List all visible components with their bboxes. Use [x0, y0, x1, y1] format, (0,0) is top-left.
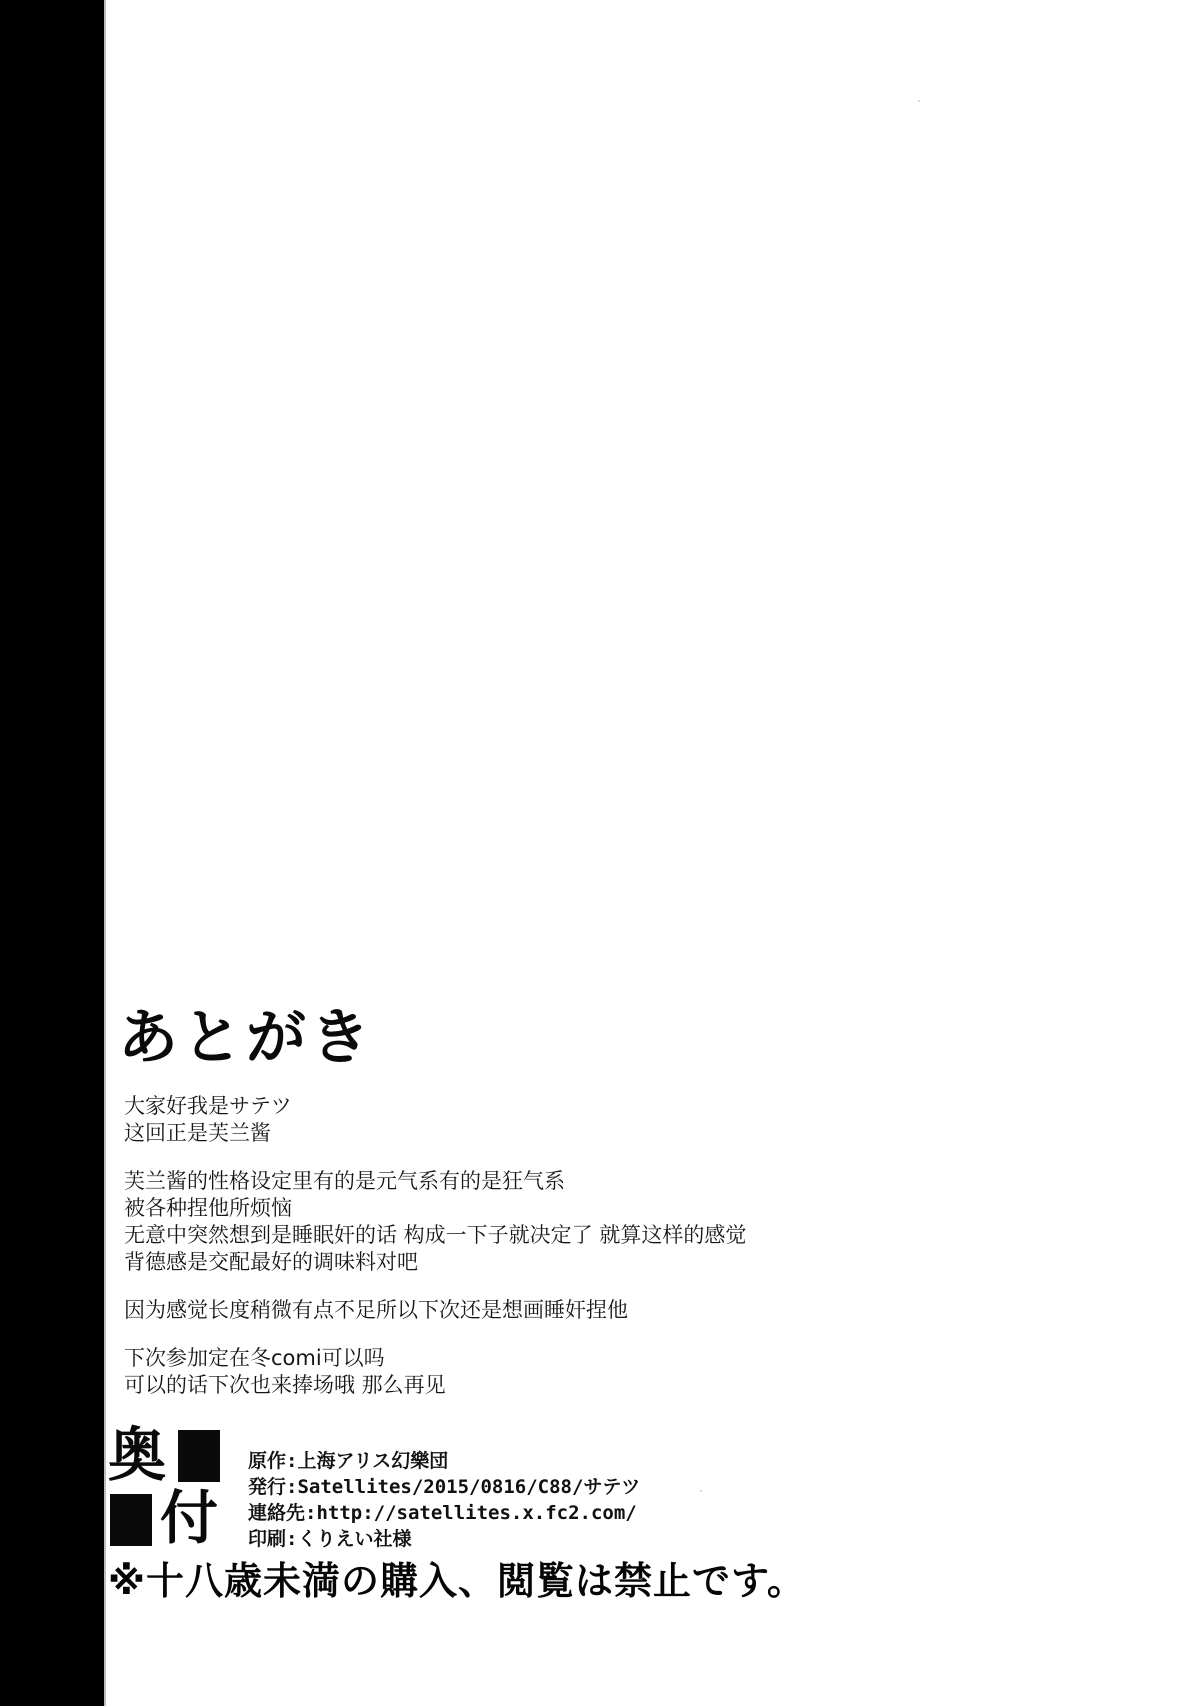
scan-speck — [918, 100, 920, 102]
colophon-original-work: 原作:上海アリス幻樂団 — [248, 1448, 640, 1474]
afterword-body: 大家好我是サテツ 这回正是芙兰酱 芙兰酱的性格设定里有的是元气系有的是狂气系 被… — [124, 1093, 746, 1399]
text-line: 大家好我是サテツ — [124, 1093, 746, 1120]
afterword-heading: あとがき — [118, 1008, 374, 1068]
text-line: 这回正是芙兰酱 — [124, 1120, 746, 1147]
afterword-paragraph-concept: 芙兰酱的性格设定里有的是元气系有的是狂气系 被各种捏他所烦恼 无意中突然想到是睡… — [124, 1168, 746, 1276]
scan-speck — [700, 1490, 702, 1492]
afterword-paragraph-next-plan: 因为感觉长度稍微有点不足所以下次还是想画睡奸捏他 — [124, 1297, 746, 1324]
colophon-title-char-tsuke: 付 — [160, 1489, 218, 1547]
colophon-contact-url: 連絡先:http://satellites.x.fc2.com/ — [248, 1500, 640, 1526]
text-line: 可以的话下次也来捧场哦 那么再见 — [124, 1372, 746, 1399]
text-line: 下次参加定在冬comi可以吗 — [124, 1345, 746, 1372]
black-spine-border — [0, 0, 104, 1706]
afterword-paragraph-farewell: 下次参加定在冬comi可以吗 可以的话下次也来捧场哦 那么再见 — [124, 1345, 746, 1399]
age-restriction-warning: ※十八歳未満の購入、閲覧は禁止です。 — [108, 1561, 806, 1603]
colophon-details: 原作:上海アリス幻樂団 発行:Satellites/2015/0816/C88/… — [248, 1448, 640, 1552]
colophon-printer: 印刷:くりえい社様 — [248, 1526, 640, 1552]
text-line: 因为感觉长度稍微有点不足所以下次还是想画睡奸捏他 — [124, 1297, 746, 1324]
text-line: 被各种捏他所烦恼 — [124, 1195, 746, 1222]
text-line: 芙兰酱的性格设定里有的是元气系有的是狂气系 — [124, 1168, 746, 1195]
black-square-decoration — [178, 1430, 220, 1482]
colophon-title-char-oku: 奥 — [108, 1426, 166, 1484]
spine-edge-shadow — [104, 0, 106, 1706]
black-square-decoration — [110, 1494, 152, 1546]
text-line: 无意中突然想到是睡眠奸的话 构成一下子就决定了 就算这样的感觉 — [124, 1222, 746, 1249]
afterword-paragraph-greeting: 大家好我是サテツ 这回正是芙兰酱 — [124, 1093, 746, 1147]
colophon-publisher: 発行:Satellites/2015/0816/C88/サテツ — [248, 1474, 640, 1500]
text-line: 背德感是交配最好的调味料对吧 — [124, 1249, 746, 1276]
